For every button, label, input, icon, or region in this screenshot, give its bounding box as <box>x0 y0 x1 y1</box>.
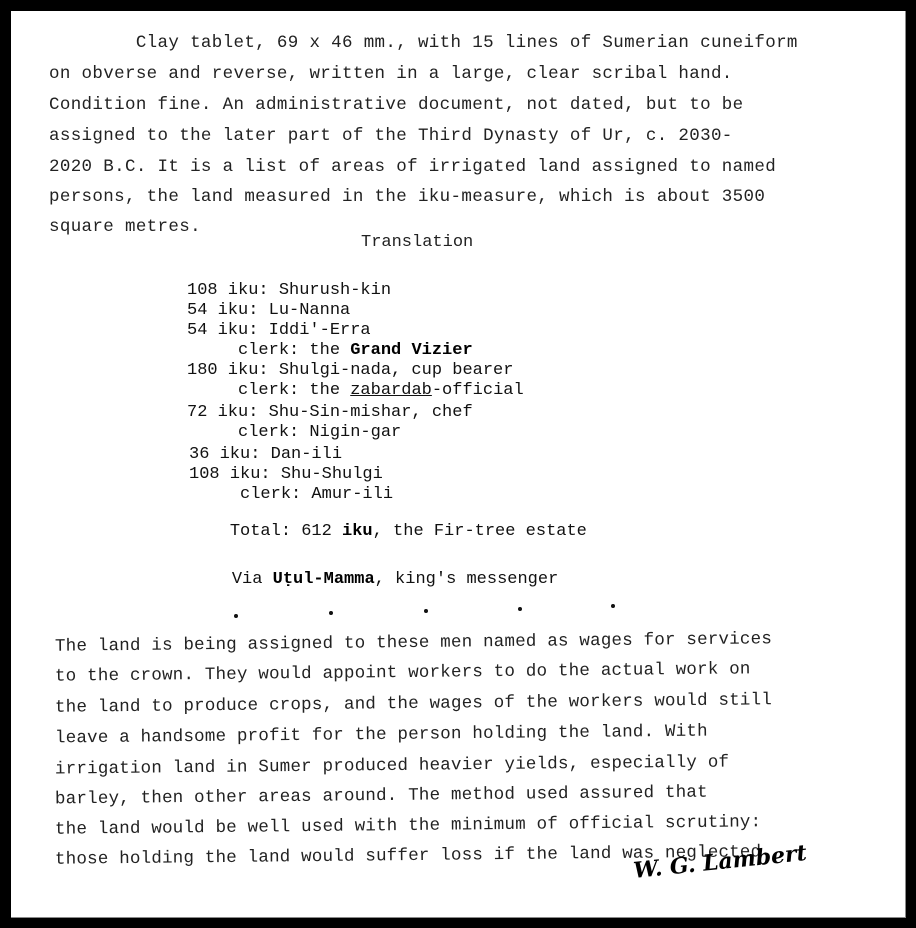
translation-entry: 108 iku: Shurush-kin <box>187 281 391 300</box>
translation-entry: clerk: Nigin-gar <box>187 423 401 442</box>
translation-entry: 72 iku: Shu-Sin-mishar, chef <box>187 403 473 422</box>
document-page: Clay tablet, 69 x 46 mm., with 15 lines … <box>11 11 906 918</box>
separator-dot <box>518 607 522 611</box>
intro-line: persons, the land measured in the iku-me… <box>49 187 765 207</box>
intro-line: assigned to the later part of the Third … <box>49 126 733 146</box>
translation-entry: 54 iku: Lu-Nanna <box>187 301 350 320</box>
translation-entry: clerk: Amur-ili <box>189 485 393 504</box>
separator-dot <box>424 609 428 613</box>
total-suffix: , the Fir-tree estate <box>373 522 587 541</box>
translation-entry: 108 iku: Shu-Shulgi <box>189 465 383 484</box>
entry-prefix: clerk: the <box>187 341 350 360</box>
total-prefix: Total: 612 <box>230 522 342 541</box>
via-prefix: Via <box>232 570 273 589</box>
separator-dot <box>234 614 238 618</box>
translation-entry: 36 iku: Dan-ili <box>189 445 342 464</box>
translation-entry: 54 iku: Iddi'-Erra <box>187 321 371 340</box>
separator-dot <box>611 604 615 608</box>
translation-entry: clerk: the zabardab-official <box>187 381 524 400</box>
commentary-line: The land is being assigned to these men … <box>55 629 772 657</box>
commentary-line: irrigation land in Sumer produced heavie… <box>55 752 729 779</box>
commentary-line: the land would be well used with the min… <box>55 812 761 839</box>
intro-line: square metres. <box>49 217 201 237</box>
via-line: Via Uṭul-Mamma, king's messenger <box>191 551 558 608</box>
intro-line: 2020 B.C. It is a list of areas of irrig… <box>49 157 776 177</box>
intro-line: on obverse and reverse, written in a lar… <box>49 64 733 84</box>
entry-suffix: -official <box>432 381 524 400</box>
commentary-line: the land to produce crops, and the wages… <box>55 690 772 718</box>
commentary-line: barley, then other areas around. The met… <box>55 783 708 810</box>
commentary-line: leave a handsome profit for the person h… <box>55 722 708 749</box>
entry-emphasis: Grand Vizier <box>350 341 472 360</box>
entry-prefix: clerk: the <box>187 381 350 400</box>
via-suffix: , king's messenger <box>375 570 559 589</box>
separator-dot <box>329 611 333 615</box>
translation-heading: Translation <box>361 233 473 252</box>
total-unit: iku <box>342 522 373 541</box>
translation-entry: 180 iku: Shulgi-nada, cup bearer <box>187 361 513 380</box>
commentary-line: to the crown. They would appoint workers… <box>55 659 751 686</box>
messenger-name: Uṭul-Mamma <box>273 570 375 589</box>
intro-line: Condition fine. An administrative docume… <box>49 95 744 115</box>
translation-entry: clerk: the Grand Vizier <box>187 341 473 360</box>
entry-underlined-term: zabardab <box>350 381 432 400</box>
intro-line: Clay tablet, 69 x 46 mm., with 15 lines … <box>49 33 798 53</box>
